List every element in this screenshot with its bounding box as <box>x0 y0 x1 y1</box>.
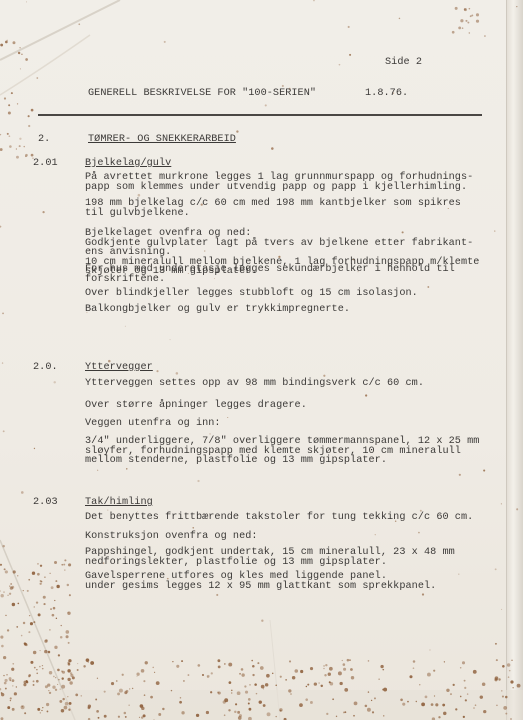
subsection-heading: Bjelkelag/gulv <box>85 158 171 169</box>
title-divider <box>38 114 482 116</box>
paragraph-line: mellom stenderne, plastfolie og 13 mm gi… <box>85 455 387 466</box>
page-edge <box>506 0 523 720</box>
paper-fold-marks <box>0 0 523 720</box>
paragraph-line: forskriftene. <box>85 274 165 285</box>
section-heading: TØMRER- OG SNEKKERARBEID <box>88 134 236 145</box>
document-date: 1.8.76. <box>365 88 408 99</box>
subsection-heading: Yttervegger <box>85 362 153 373</box>
paragraph-line: Veggen utenfra og inn: <box>85 418 221 429</box>
subsection-number: 2.03 <box>33 497 58 508</box>
paragraph-line: Det benyttes frittbærende takstoler for … <box>85 512 473 523</box>
subsection-number: 2.01 <box>33 158 58 169</box>
scanned-document-page: Side 2 GENERELL BESKRIVELSE FOR "100-SER… <box>0 0 523 720</box>
page-number: Side 2 <box>385 57 422 68</box>
paragraph-line: Balkongbjelker og gulv er trykkimpregner… <box>85 304 350 315</box>
paragraph-line: Ytterveggen settes opp av 98 mm bindings… <box>85 378 424 389</box>
paragraph-line: Over større åpninger legges dragere. <box>85 400 307 411</box>
paragraph-line: til gulvbjelkene. <box>85 208 190 219</box>
paragraph-line: under gesims legges 12 x 95 mm glattkant… <box>85 581 436 592</box>
section-number: 2. <box>38 134 50 145</box>
paragraph-line: Konstruksjon ovenfra og ned: <box>85 531 258 542</box>
foxing-spots <box>0 0 523 720</box>
paragraph-line: nedforingslekter, plastfolie og 13 mm gi… <box>85 557 387 568</box>
subsection-heading: Tak/himling <box>85 497 153 508</box>
document-title: GENERELL BESKRIVELSE FOR "100-SERIEN" <box>88 88 316 99</box>
paragraph-line: Over blindkjeller legges stubbloft og 15… <box>85 288 418 299</box>
subsection-number: 2.0. <box>33 362 58 373</box>
paragraph-line: papp som klemmes under utvendig papp og … <box>85 182 467 193</box>
